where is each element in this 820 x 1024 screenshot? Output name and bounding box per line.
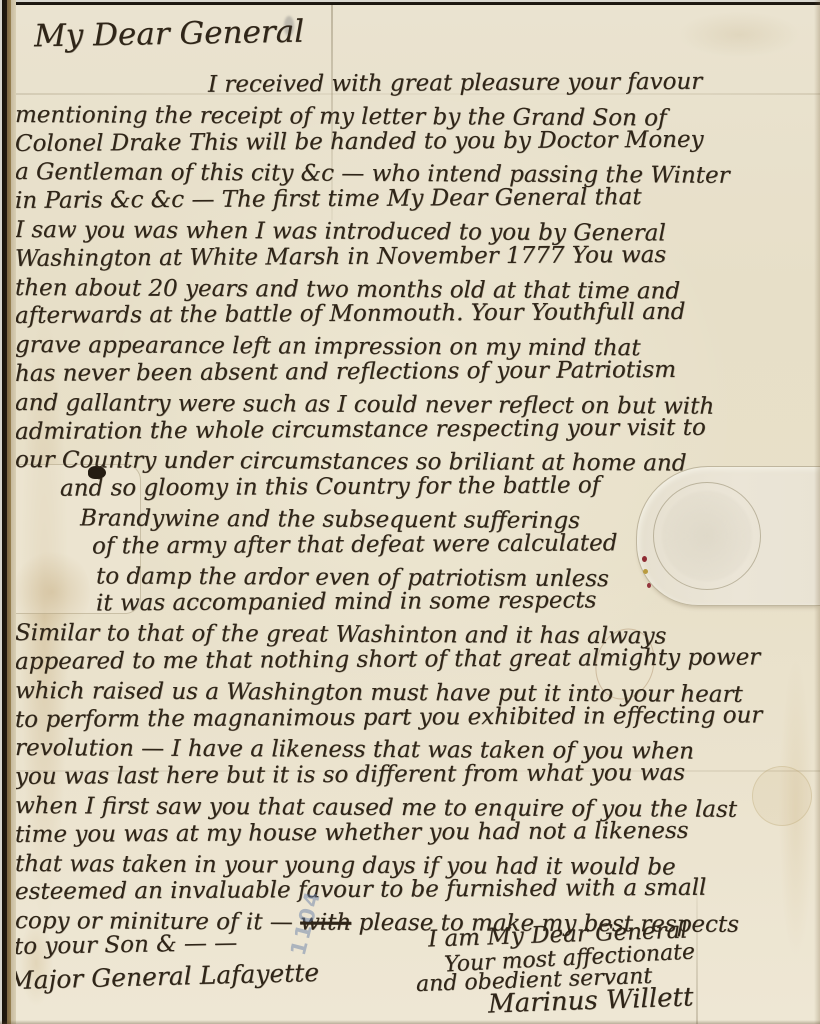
closing-block: to your Son & — — Major General Lafayett… bbox=[0, 918, 820, 1024]
manuscript-line: of the army after that defeat were calcu… bbox=[10, 528, 820, 562]
scan-edge-bottom bbox=[0, 1020, 820, 1024]
signature: Marinus Willett bbox=[488, 982, 694, 1019]
manuscript-line: Colonel Drake This will be handed to you… bbox=[10, 125, 820, 159]
scan-edge-left bbox=[0, 0, 16, 1024]
manuscript-line: time you was at my house whether you had… bbox=[10, 816, 820, 850]
scan-edge-right bbox=[814, 0, 820, 1024]
manuscript-line: esteemed an invaluable favour to be furn… bbox=[10, 873, 820, 907]
manuscript-lines: I received with great pleasure your favo… bbox=[10, 72, 820, 936]
manuscript-line: it was accompanied mind in some respects bbox=[10, 585, 820, 619]
manuscript-line: in Paris &c &c — The first time My Dear … bbox=[10, 182, 820, 216]
manuscript-line: has never been absent and reflections of… bbox=[10, 355, 820, 389]
letter-scan: My Dear General I received with great pl… bbox=[0, 0, 820, 1024]
addressee-line: Major General Lafayette bbox=[8, 958, 320, 995]
manuscript-line: afterwards at the battle of Monmouth. Yo… bbox=[10, 297, 820, 331]
manuscript-line: admiration the whole circumstance respec… bbox=[10, 413, 820, 447]
manuscript-line: appeared to me that nothing short of tha… bbox=[10, 643, 820, 677]
scan-edge-top bbox=[0, 0, 820, 5]
salutation: My Dear General bbox=[34, 14, 305, 55]
manuscript-line: to perform the magnanimous part you exhi… bbox=[10, 701, 820, 735]
manuscript-line: I received with great pleasure your favo… bbox=[10, 67, 820, 101]
manuscript-line: you was last here but it is so different… bbox=[10, 758, 820, 792]
manuscript-line: and so gloomy in this Country for the ba… bbox=[10, 470, 820, 504]
closing-left-line: to your Son & — — bbox=[14, 930, 238, 960]
manuscript-line: Washington at White Marsh in November 17… bbox=[10, 240, 820, 274]
